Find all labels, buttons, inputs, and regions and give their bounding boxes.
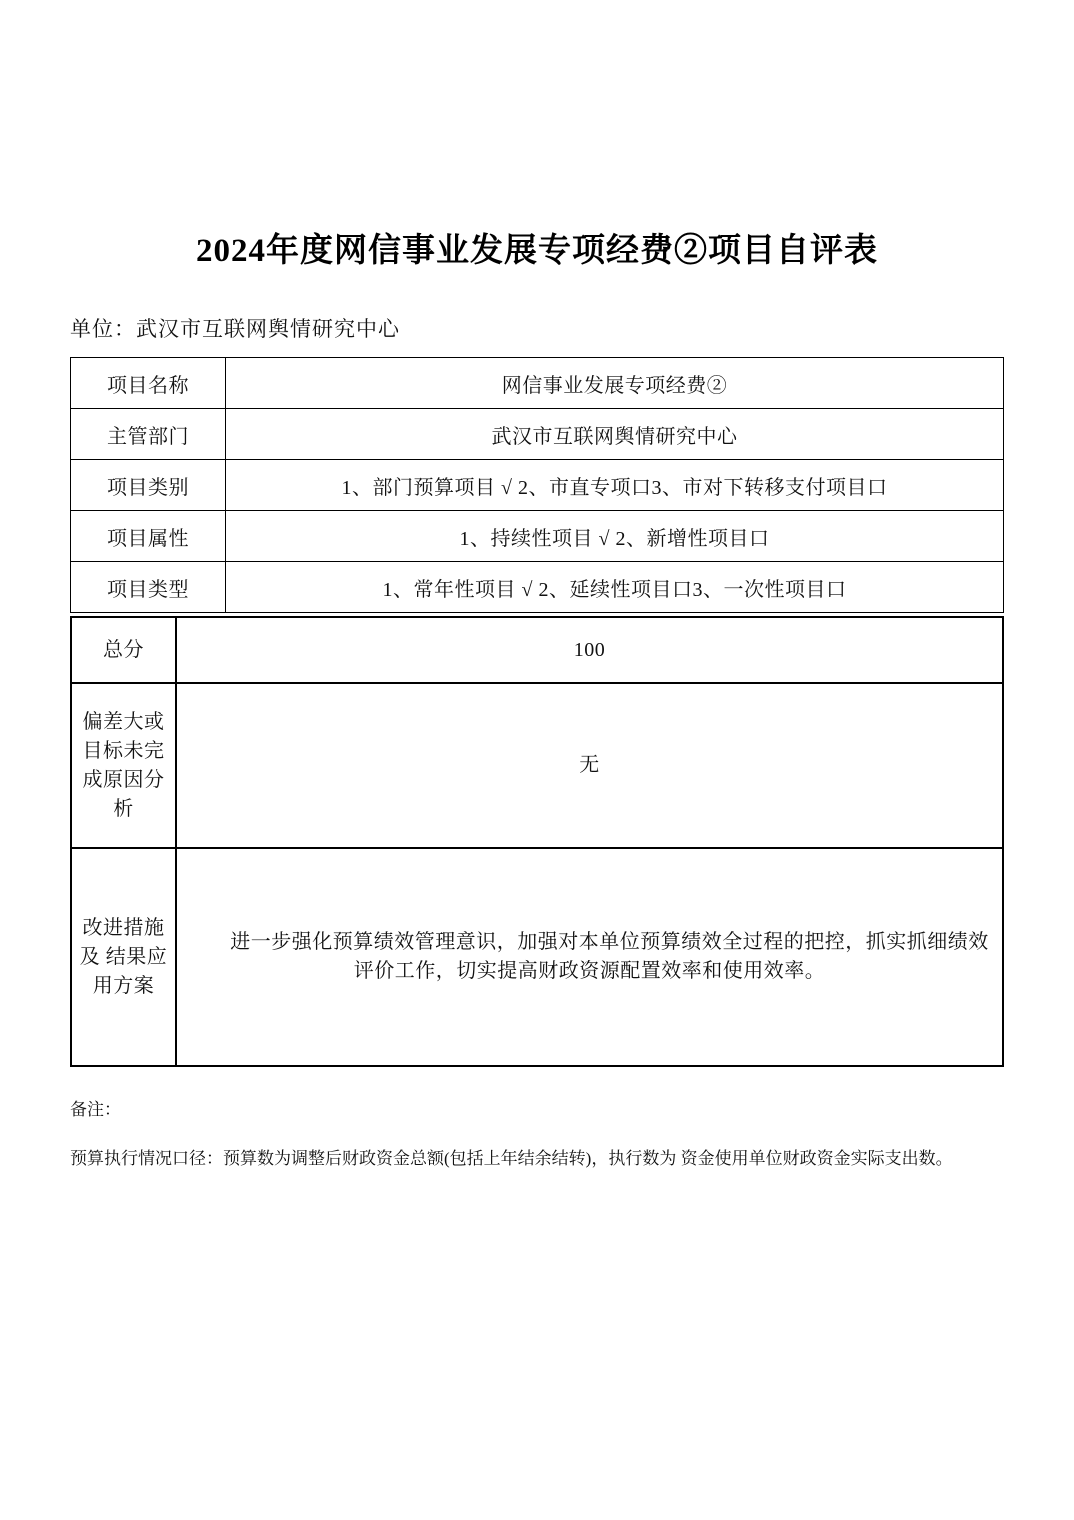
self-evaluation-table: 总分 100 偏差大或 目标未完 成原因分 析 无 改进措施 及 结果应 用方案… (70, 616, 1004, 1067)
table-row: 偏差大或 目标未完 成原因分 析 无 (71, 683, 1003, 848)
table-row: 项目属性 1、持续性项目 √ 2、新增性项目口 (71, 511, 1004, 562)
row-value-total-score: 100 (176, 617, 1003, 683)
table-row: 主管部门 武汉市互联网舆情研究中心 (71, 409, 1004, 460)
row-label-department: 主管部门 (71, 409, 226, 460)
table-row: 项目类型 1、常年性项目 √ 2、延续性项目口3、一次性项目口 (71, 562, 1004, 613)
row-label-total-score: 总分 (71, 617, 176, 683)
row-value-deviation-analysis: 无 (176, 683, 1003, 848)
row-value-project-type: 1、常年性项目 √ 2、延续性项目口3、一次性项目口 (226, 562, 1004, 613)
row-value-department: 武汉市互联网舆情研究中心 (226, 409, 1004, 460)
table-row: 总分 100 (71, 617, 1003, 683)
row-label-improvement-plan: 改进措施 及 结果应 用方案 (71, 848, 176, 1066)
project-info-table: 项目名称 网信事业发展专项经费② 主管部门 武汉市互联网舆情研究中心 项目类别 … (70, 357, 1004, 613)
page-content: 单位：武汉市互联网舆情研究中心 项目名称 网信事业发展专项经费② 主管部门 武汉… (0, 313, 1074, 1169)
table-row: 改进措施 及 结果应 用方案 进一步强化预算绩效管理意识，加强对本单位预算绩效全… (71, 848, 1003, 1066)
row-label-project-attribute: 项目属性 (71, 511, 226, 562)
unit-label: 单位：武汉市互联网舆情研究中心 (70, 313, 1004, 343)
row-label-project-name: 项目名称 (71, 358, 226, 409)
improvement-paragraph: 进一步强化预算绩效管理意识，加强对本单位预算绩效全过程的把控，抓实抓细绩效评价工… (183, 928, 996, 986)
table-row: 项目类别 1、部门预算项目 √ 2、市直专项口3、市对下转移支付项目口 (71, 460, 1004, 511)
row-label-project-type: 项目类型 (71, 562, 226, 613)
table-row: 项目名称 网信事业发展专项经费② (71, 358, 1004, 409)
remark-label: 备注： (70, 1095, 1004, 1120)
page-title: 2024年度网信事业发展专项经费②项目自评表 (0, 0, 1074, 271)
row-label-project-category: 项目类别 (71, 460, 226, 511)
row-value-project-attribute: 1、持续性项目 √ 2、新增性项目口 (226, 511, 1004, 562)
row-value-improvement-plan: 进一步强化预算绩效管理意识，加强对本单位预算绩效全过程的把控，抓实抓细绩效评价工… (176, 848, 1003, 1066)
row-value-project-category: 1、部门预算项目 √ 2、市直专项口3、市对下转移支付项目口 (226, 460, 1004, 511)
row-label-deviation-analysis: 偏差大或 目标未完 成原因分 析 (71, 683, 176, 848)
row-value-project-name: 网信事业发展专项经费② (226, 358, 1004, 409)
budget-caliber-note: 预算执行情况口径：预算数为调整后财政资金总额(包括上年结余结转)，执行数为 资金… (70, 1144, 1004, 1169)
document-page: 2024年度网信事业发展专项经费②项目自评表 单位：武汉市互联网舆情研究中心 项… (0, 0, 1074, 1520)
